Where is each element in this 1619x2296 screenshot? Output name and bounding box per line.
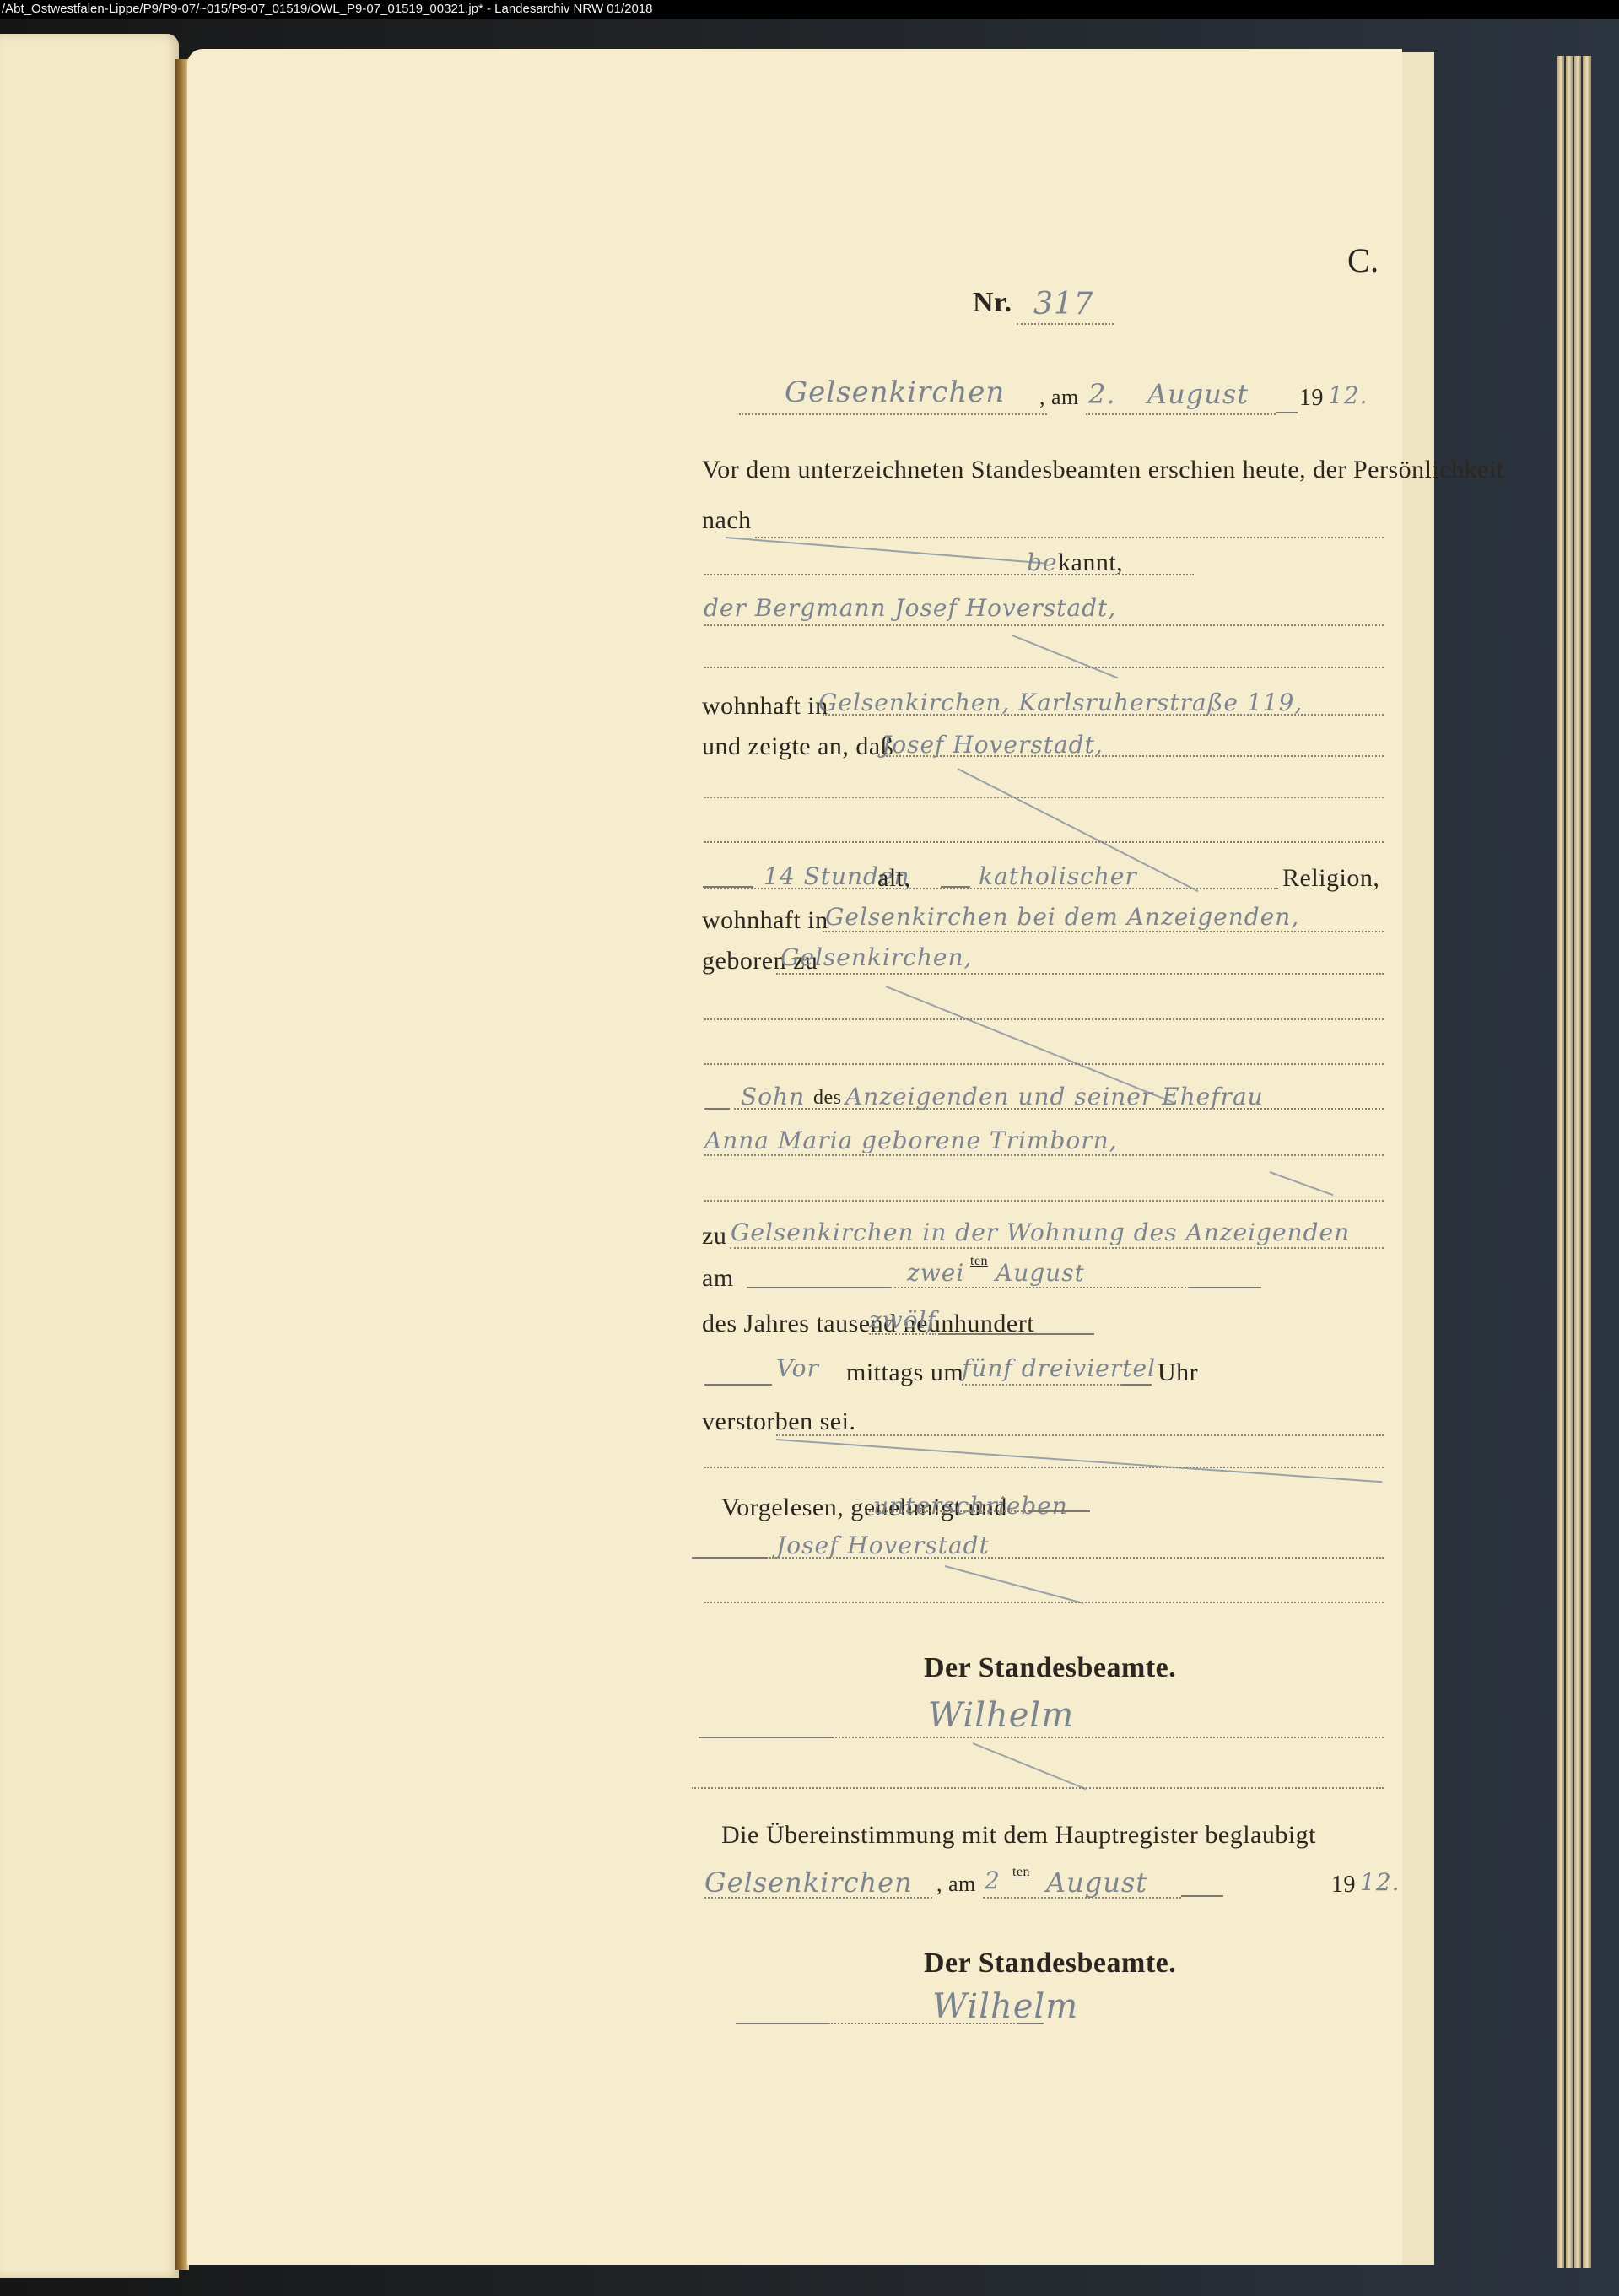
filler-dash <box>1122 1384 1152 1386</box>
filler-dash <box>736 2023 828 2024</box>
registrar-signature-2: Wilhelm <box>932 1987 1078 2026</box>
time-label: mittags um <box>846 1359 963 1387</box>
dotted-line <box>755 537 1384 538</box>
residence-label: wohnhaft in <box>702 692 828 721</box>
dotted-line <box>769 1557 1384 1559</box>
cert-month: August <box>1046 1867 1147 1899</box>
am-label: , am <box>1039 385 1079 410</box>
dotted-line <box>739 413 1047 415</box>
cert-day: 2 <box>985 1867 1001 1894</box>
filler-dash <box>1181 1895 1223 1897</box>
deceased-residence-label: wohnhaft in <box>702 906 828 935</box>
dotted-line <box>704 1200 1384 1202</box>
reported-label: und zeigte an, daß <box>702 732 893 761</box>
year-prefix: 19 <box>1299 385 1324 412</box>
cert-superscript: ten <box>1012 1865 1030 1880</box>
dotted-line <box>776 1434 1384 1436</box>
month-value: August <box>1147 378 1249 410</box>
filler-dash <box>704 1384 772 1386</box>
window-title-bar: /Abt_Ostwestfalen-Lippe/P9/P9-07/~015/P9… <box>0 0 1619 19</box>
place-value: Gelsenkirchen <box>785 375 1005 409</box>
date-month: August <box>996 1259 1085 1287</box>
filler-dash <box>1029 1510 1090 1512</box>
cert-year-suffix: 12. <box>1360 1868 1400 1896</box>
dotted-line <box>704 841 1384 843</box>
bekannt-hand: be <box>1027 548 1058 576</box>
cert-place: Gelsenkirchen <box>704 1867 913 1899</box>
dotted-line <box>869 1333 936 1335</box>
year-suffix: 12. <box>1328 381 1368 409</box>
filler-dash <box>938 1333 1094 1335</box>
dotted-line <box>704 1602 1384 1603</box>
year-value: zwölf <box>869 1306 936 1334</box>
filler-dash <box>747 1287 890 1288</box>
died-label: verstorben sei. <box>702 1407 855 1436</box>
dotted-line <box>828 2023 1018 2024</box>
dotted-line <box>823 714 1384 716</box>
parent-hand-a: Sohn <box>741 1083 805 1110</box>
dotted-line <box>823 931 1384 932</box>
dotted-line <box>704 624 1384 626</box>
dotted-line <box>882 755 1384 757</box>
declarant-signature: Josef Hoverstadt <box>776 1532 990 1559</box>
record-number-value: 317 <box>1033 287 1094 321</box>
bekannt-print: kannt, <box>1058 548 1123 577</box>
date-day: zwei <box>907 1259 964 1287</box>
time-unit: Uhr <box>1158 1359 1198 1387</box>
filler-dash <box>1276 412 1298 413</box>
page-stack-edge <box>1574 56 1581 2268</box>
page-stack-edge <box>1566 56 1573 2268</box>
parent-hand-b: Anzeigenden und seiner Ehefrau <box>845 1083 1264 1110</box>
filler-dash <box>699 1737 834 1738</box>
page-stack-edge <box>1583 56 1591 2268</box>
time-hand-b: fünf dreiviertel <box>962 1354 1156 1382</box>
date-superscript: ten <box>970 1254 988 1269</box>
left-page <box>0 34 179 2278</box>
religion-value: katholischer <box>979 862 1137 890</box>
death-place-label: zu <box>702 1222 726 1251</box>
registrar-title-2: Der Standesbeamte. <box>924 1948 1176 1980</box>
dotted-line <box>962 1384 1122 1386</box>
dotted-line <box>704 667 1384 668</box>
cert-year-prefix: 19 <box>1331 1872 1356 1899</box>
dotted-line <box>704 797 1384 798</box>
filler-dash <box>1018 2023 1044 2024</box>
window-title: /Abt_Ostwestfalen-Lippe/P9/P9-07/~015/P9… <box>2 2 653 16</box>
dotted-line <box>734 1108 1384 1110</box>
page-edge <box>1402 52 1434 2265</box>
parent-line-2: Anna Maria geborene Trimborn, <box>704 1126 1118 1154</box>
parent-print: des <box>813 1087 842 1110</box>
deceased-residence-value: Gelsenkirchen bei dem Anzeigenden, <box>825 903 1299 931</box>
dotted-line <box>704 1467 1384 1468</box>
registrar-title-1: Der Standesbeamte. <box>924 1652 1176 1684</box>
dotted-line <box>704 1897 932 1899</box>
dotted-line <box>704 1018 1384 1020</box>
religion-label: Religion, <box>1282 864 1379 893</box>
filler-dash <box>692 1557 768 1559</box>
corner-mark: C. <box>1347 240 1379 280</box>
dotted-line <box>704 1063 1384 1065</box>
record-number-label: Nr. <box>973 287 1012 319</box>
dotted-line <box>1017 323 1114 325</box>
dotted-line <box>776 973 1384 975</box>
page-stack-edge <box>1557 56 1564 2268</box>
filler-dash <box>704 1108 730 1110</box>
dotted-line <box>704 1154 1384 1156</box>
cert-am: , am <box>936 1872 976 1897</box>
filler-dash <box>1190 1287 1261 1288</box>
dotted-line <box>835 1737 1384 1738</box>
birthplace-value: Gelsenkirchen, <box>780 943 972 971</box>
dotted-line <box>730 1247 1384 1249</box>
dotted-line <box>983 1897 1181 1899</box>
dotted-line <box>865 1510 1029 1512</box>
declarant-value: der Bergmann Josef Hoverstadt, <box>704 594 1116 622</box>
death-place-value: Gelsenkirchen in der Wohnung des Anzeige… <box>731 1218 1350 1246</box>
registrar-signature-1: Wilhelm <box>928 1696 1074 1735</box>
nach-label: nach <box>702 506 752 535</box>
date-label: am <box>702 1264 734 1293</box>
dotted-line <box>890 1287 1190 1288</box>
dotted-line <box>692 1787 1384 1789</box>
read-value: unterschrieben <box>873 1492 1068 1520</box>
dotted-line <box>1086 413 1276 415</box>
dotted-line <box>704 888 1278 889</box>
intro-text: Vor dem unterzeichneten Standesbeamten e… <box>702 456 1504 484</box>
residence-value: Gelsenkirchen, Karlsruherstraße 119, <box>818 689 1303 716</box>
certification-text: Die Übereinstimmung mit dem Hauptregiste… <box>721 1821 1316 1850</box>
day-value: 2. <box>1088 378 1116 410</box>
time-hand-a: Vor <box>776 1354 819 1382</box>
